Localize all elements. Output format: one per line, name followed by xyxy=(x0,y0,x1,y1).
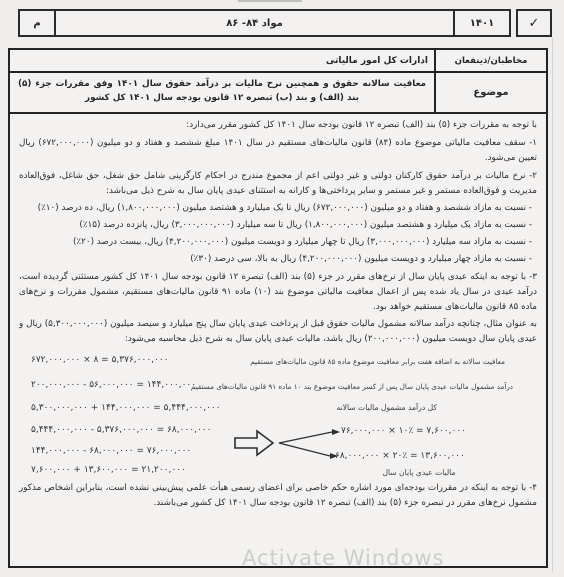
subject-label: موضوع xyxy=(434,73,546,112)
branch-top-formula: ۷۶,۰۰۰,۰۰۰ × ۱۰٪ = ۷,۶۰۰,۰۰۰ xyxy=(341,424,466,439)
calc-formula-3: ۵,۳۰۰,۰۰۰,۰۰۰ + ۱۴۴,۰۰۰,۰۰۰ = ۵,۴۴۴,۰۰۰,… xyxy=(31,401,221,416)
scan-edge-line xyxy=(552,38,553,572)
main-table: مخاطبان/ذینفعان ادارات کل امور مالیاتی م… xyxy=(8,48,548,568)
recipients-row: مخاطبان/ذینفعان ادارات کل امور مالیاتی xyxy=(10,50,546,73)
rate-item-4: - نسبت به مازاد چهار میلیارد و دویست میل… xyxy=(19,252,537,267)
document-page: م مواد ۸۴- ۸۶ ۱۴۰۱ ✓ مخاطبان/ذینفعان ادا… xyxy=(0,0,564,577)
paragraph-3: ۳- با توجه به اینکه عیدی پایان سال از نر… xyxy=(19,270,537,315)
calc-label-2: درآمد مشمول مالیات عیدی پایان سال پس از … xyxy=(191,379,513,394)
calc-label-1: معافیت سالانه به اضافه هفت برابر معافیت … xyxy=(250,354,505,369)
calc-formula-1: ۶۷۲,۰۰۰,۰۰۰ × ۸ = ۵,۳۷۶,۰۰۰,۰۰۰ xyxy=(31,353,169,368)
rate-item-3: - نسبت به مازاد سه میلیارد (۳,۰۰۰,۰۰۰,۰۰… xyxy=(19,235,537,250)
branch-bottom-formula: ۶۸,۰۰۰,۰۰۰ × ۲۰٪ = ۱۳,۶۰۰,۰۰۰ xyxy=(335,449,465,464)
rate-item-2: - نسبت به مازاد یک میلیارد و هشتصد میلیو… xyxy=(19,218,537,233)
paragraph-4: ۴- با توجه به اینکه در مقررات بودجه‌ای م… xyxy=(19,481,537,511)
branch-arrowhead-top xyxy=(332,429,340,435)
recipients-value: ادارات کل امور مالیاتی xyxy=(10,50,434,71)
doc-class-box: م xyxy=(18,9,56,37)
top-strip: م مواد ۸۴- ۸۶ ۱۴۰۱ ✓ xyxy=(18,9,552,37)
flow-arrow-icon xyxy=(232,421,344,475)
rate-item-1: - نسبت به مازاد ششصد و هفتاد و دو میلیون… xyxy=(19,201,537,216)
paragraph-1: ۱- سقف معافیت مالیاتی موضوع ماده (۸۴) قا… xyxy=(19,136,537,166)
recipients-label: مخاطبان/ذینفعان xyxy=(434,50,546,71)
body-cell: با توجه به مقررات جزء (۵) بند (الف) تبصر… xyxy=(10,114,546,566)
doc-materials-box: مواد ۸۴- ۸۶ xyxy=(54,9,455,37)
doc-year-box: ۱۴۰۱ xyxy=(453,9,511,37)
subject-value: معافیت سالانه حقوق و همچنین نرخ مالیات ب… xyxy=(10,73,434,112)
calc-formula-2: ۲۰۰,۰۰۰,۰۰۰ - ۵۶,۰۰۰,۰۰۰ = ۱۴۴,۰۰۰,۰۰۰ xyxy=(31,378,196,393)
calc-formula-4: ۵,۴۴۴,۰۰۰,۰۰۰ - ۵,۳۷۶,۰۰۰,۰۰۰ = ۶۸,۰۰۰,۰… xyxy=(31,423,211,438)
calc-label-3: کل درآمد مشمول مالیات سالانه xyxy=(336,400,437,415)
example-paragraph: به عنوان مثال، چنانچه درآمد سالانه مشمول… xyxy=(19,317,537,347)
calculation-block: ۶۷۲,۰۰۰,۰۰۰ × ۸ = ۵,۳۷۶,۰۰۰,۰۰۰ معافیت س… xyxy=(19,351,537,481)
intro-paragraph: با توجه به مقررات جزء (۵) بند (الف) تبصر… xyxy=(19,118,537,133)
check-mark-icon: ✓ xyxy=(516,9,552,37)
calc-formula-5: ۱۴۴,۰۰۰,۰۰۰ - ۶۸,۰۰۰,۰۰۰ = ۷۶,۰۰۰,۰۰۰ xyxy=(31,444,191,459)
branch-caption: مالیات عیدی پایان سال xyxy=(349,465,489,480)
scan-artifact-line xyxy=(238,0,302,2)
paragraph-2: ۲- نرخ مالیات بر درآمد حقوق کارکنان دولت… xyxy=(19,169,537,199)
total-formula: ۷,۶۰۰,۰۰۰ + ۱۳,۶۰۰,۰۰۰ = ۲۱,۲۰۰,۰۰۰ xyxy=(31,463,186,478)
subject-row: موضوع معافیت سالانه حقوق و همچنین نرخ ما… xyxy=(10,73,546,114)
